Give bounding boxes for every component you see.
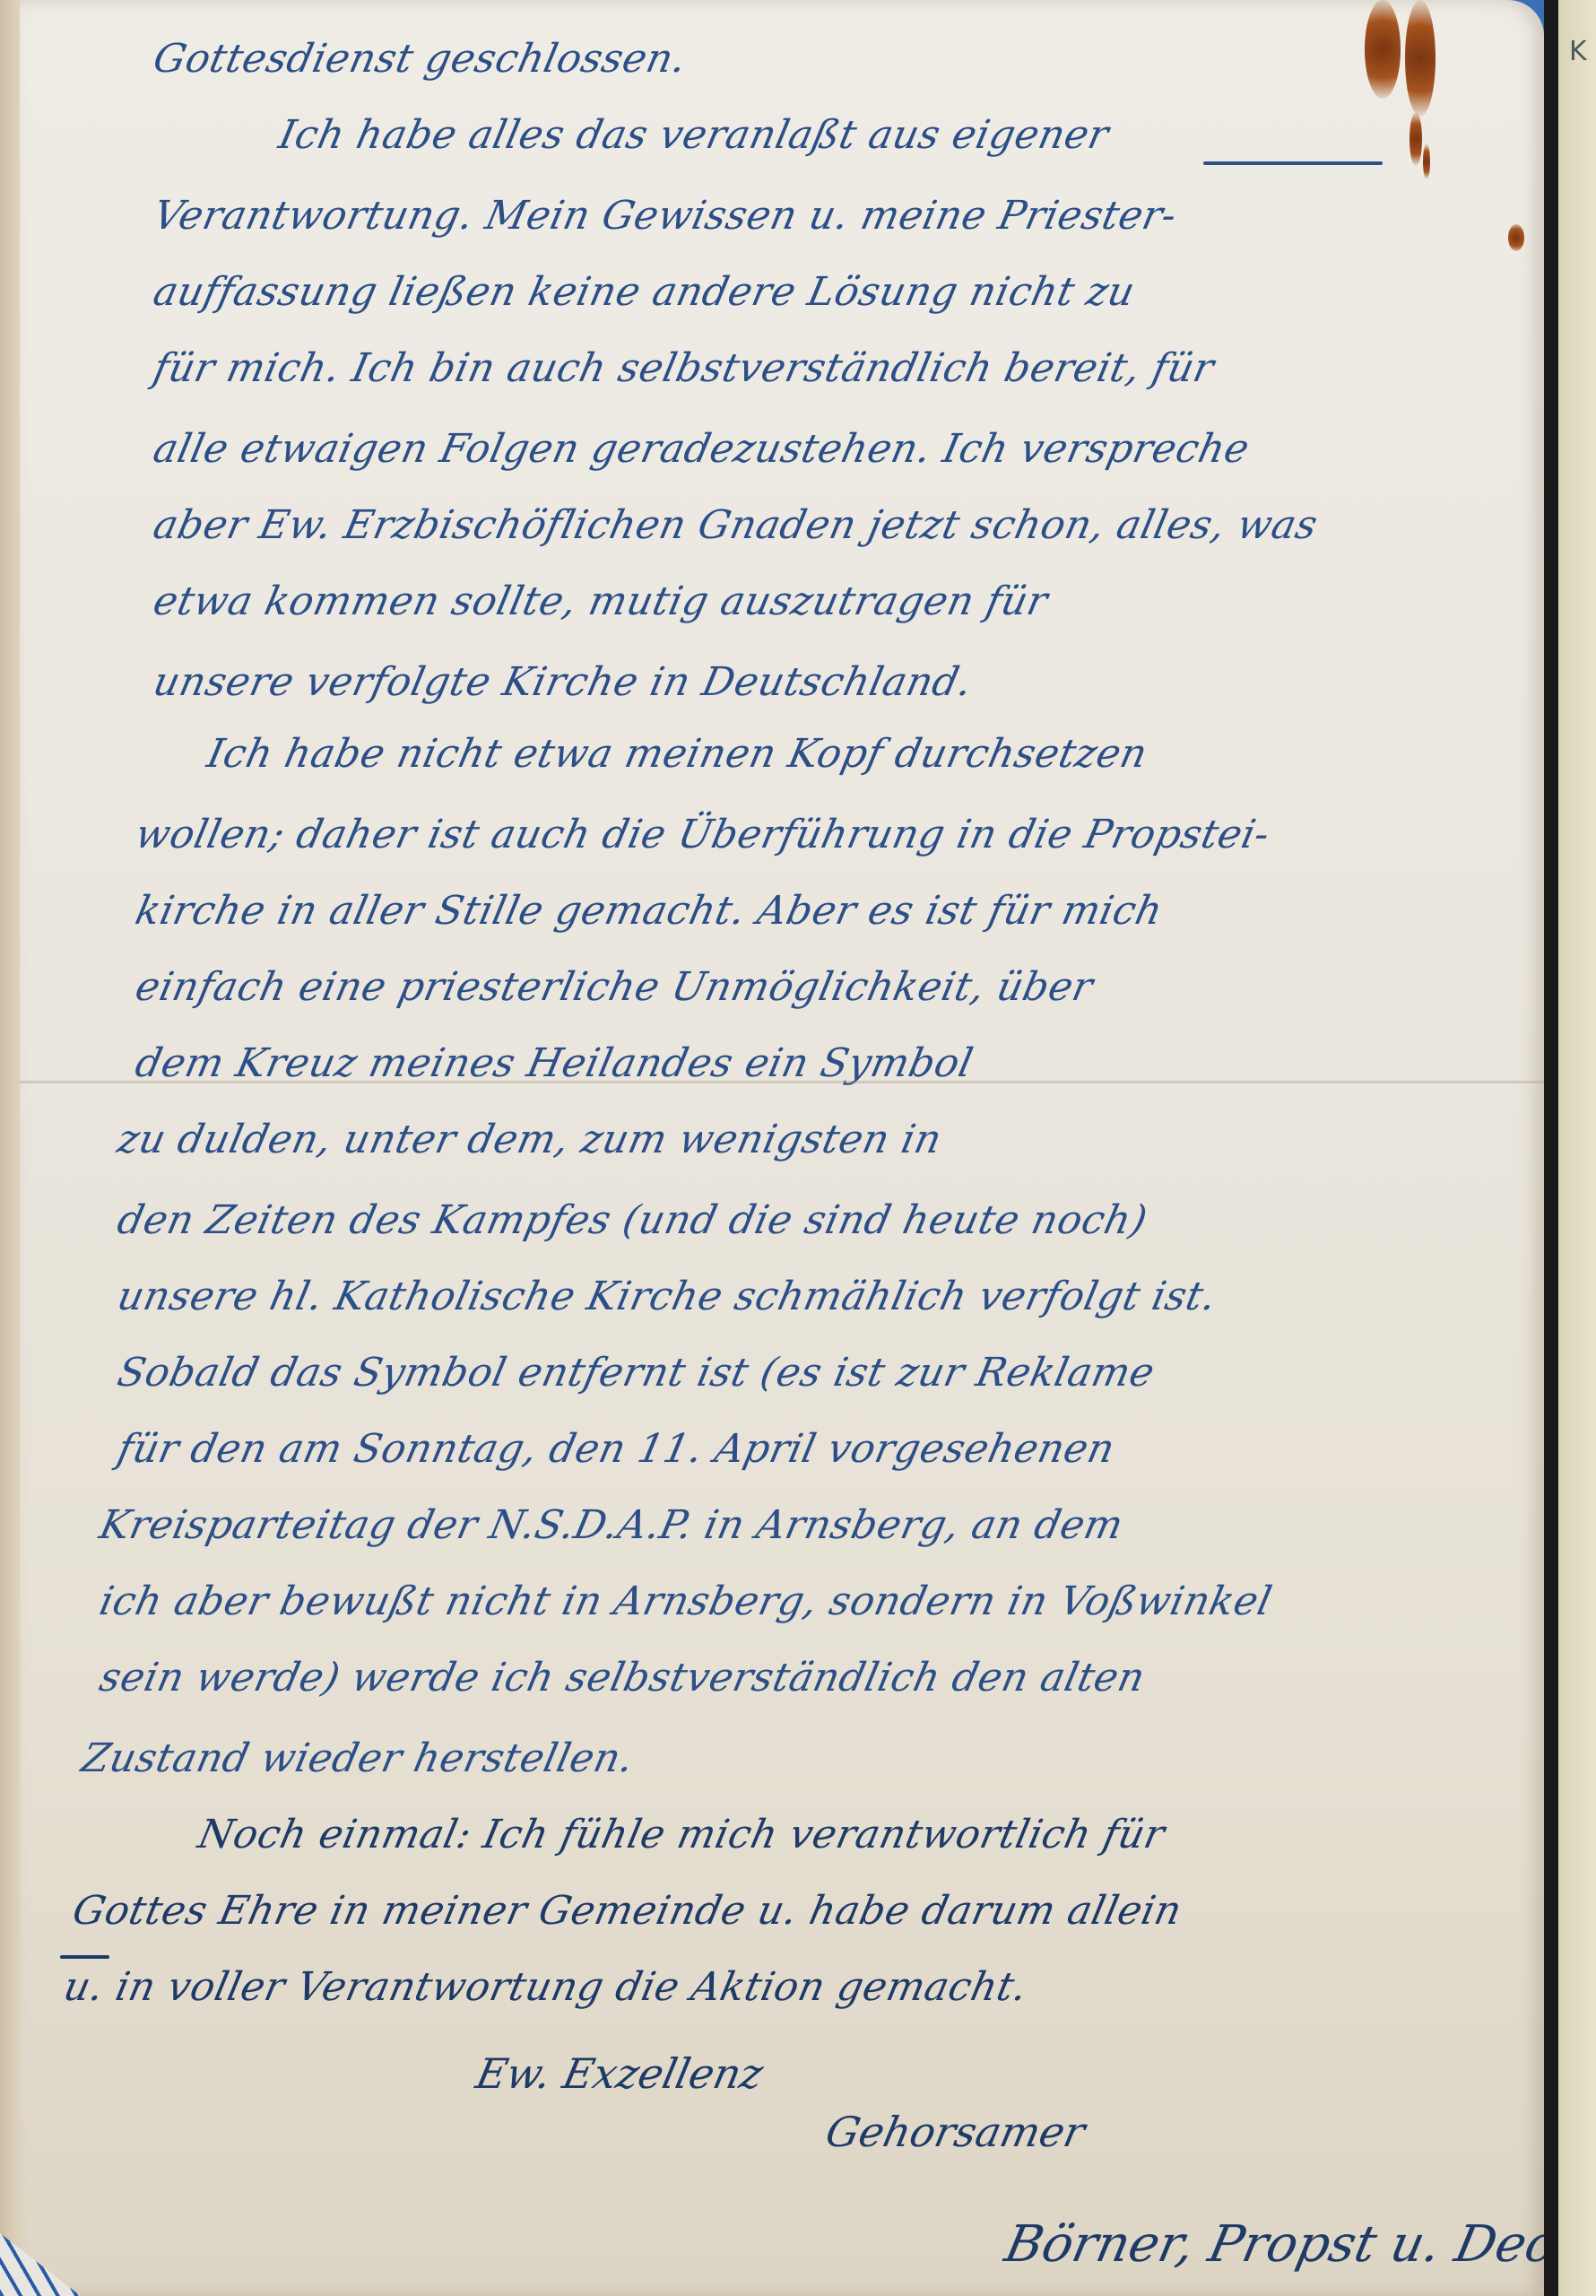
letter-line: Zustand wieder herstellen. bbox=[78, 1735, 638, 1781]
letter-line: für mich. Ich bin auch selbstverständlic… bbox=[150, 345, 1219, 391]
letter-line: zu dulden, unter dem, zum wenigsten in bbox=[114, 1117, 946, 1162]
letter-line: Ich habe nicht etwa meinen Kopf durchset… bbox=[204, 731, 1152, 777]
letter-line: Gottes Ehre in meiner Gemeinde u. habe d… bbox=[69, 1888, 1186, 1934]
closing-complimentary: Gehorsamer bbox=[821, 2108, 1089, 2156]
letter-line: sein werde) werde ich selbstverständlich… bbox=[96, 1655, 1149, 1700]
letter-line: für den am Sonntag, den 11. April vorges… bbox=[114, 1426, 1119, 1472]
next-page-edge: K bbox=[1558, 0, 1596, 2296]
ink-stain bbox=[1410, 112, 1422, 166]
letter-line: unsere hl. Katholische Kirche schmählich… bbox=[114, 1274, 1221, 1319]
margin-note: K bbox=[1569, 36, 1587, 67]
ink-stain bbox=[1405, 0, 1436, 117]
letter-line: ich aber bewußt nicht in Arnsberg, sonde… bbox=[96, 1578, 1276, 1624]
signature: Börner, Propst u. Dechant bbox=[1000, 2215, 1596, 2274]
letter-page: Gottesdienst geschlossen. Ich habe alles… bbox=[20, 0, 1544, 2296]
closing-salutation: Ew. Exzellenz bbox=[472, 2049, 768, 2098]
underline bbox=[60, 1955, 109, 1959]
letter-line: u. in voller Verantwortung die Aktion ge… bbox=[60, 1964, 1032, 2010]
letter-line: unsere verfolgte Kirche in Deutschland. bbox=[150, 659, 976, 705]
ink-stain bbox=[1365, 0, 1401, 99]
letter-line: wollen; daher ist auch die Überführung i… bbox=[132, 812, 1274, 857]
book-gutter bbox=[1544, 0, 1558, 2296]
letter-line: kirche in aller Stille gemacht. Aber es … bbox=[132, 888, 1167, 934]
letter-line: Ich habe alles das veranlaßt aus eigener bbox=[275, 112, 1114, 158]
letter-line: Gottesdienst geschlossen. bbox=[150, 36, 691, 82]
letter-line: dem Kreuz meines Heilandes ein Symbol bbox=[132, 1040, 977, 1086]
letter-line: aber Ew. Erzbischöflichen Gnaden jetzt s… bbox=[150, 502, 1322, 548]
letter-line: etwa kommen sollte, mutig auszutragen fü… bbox=[150, 578, 1053, 624]
letter-line: den Zeiten des Kampfes (und die sind heu… bbox=[114, 1197, 1152, 1243]
letter-line: Noch einmal: Ich fühle mich verantwortli… bbox=[195, 1812, 1169, 1857]
letter-line: einfach eine priesterliche Unmöglichkeit… bbox=[132, 964, 1097, 1010]
letter-line: auffassung ließen keine andere Lösung ni… bbox=[150, 269, 1140, 315]
underline bbox=[1203, 161, 1383, 165]
ink-stain bbox=[1423, 143, 1430, 179]
letter-line: Verantwortung. Mein Gewissen u. meine Pr… bbox=[150, 193, 1181, 239]
letter-line: Kreisparteitag der N.S.D.A.P. in Arnsber… bbox=[96, 1502, 1128, 1548]
letter-line: alle etwaigen Folgen geradezustehen. Ich… bbox=[150, 426, 1253, 472]
letter-line: Sobald das Symbol entfernt ist (es ist z… bbox=[114, 1350, 1159, 1396]
ink-stain bbox=[1508, 224, 1524, 251]
